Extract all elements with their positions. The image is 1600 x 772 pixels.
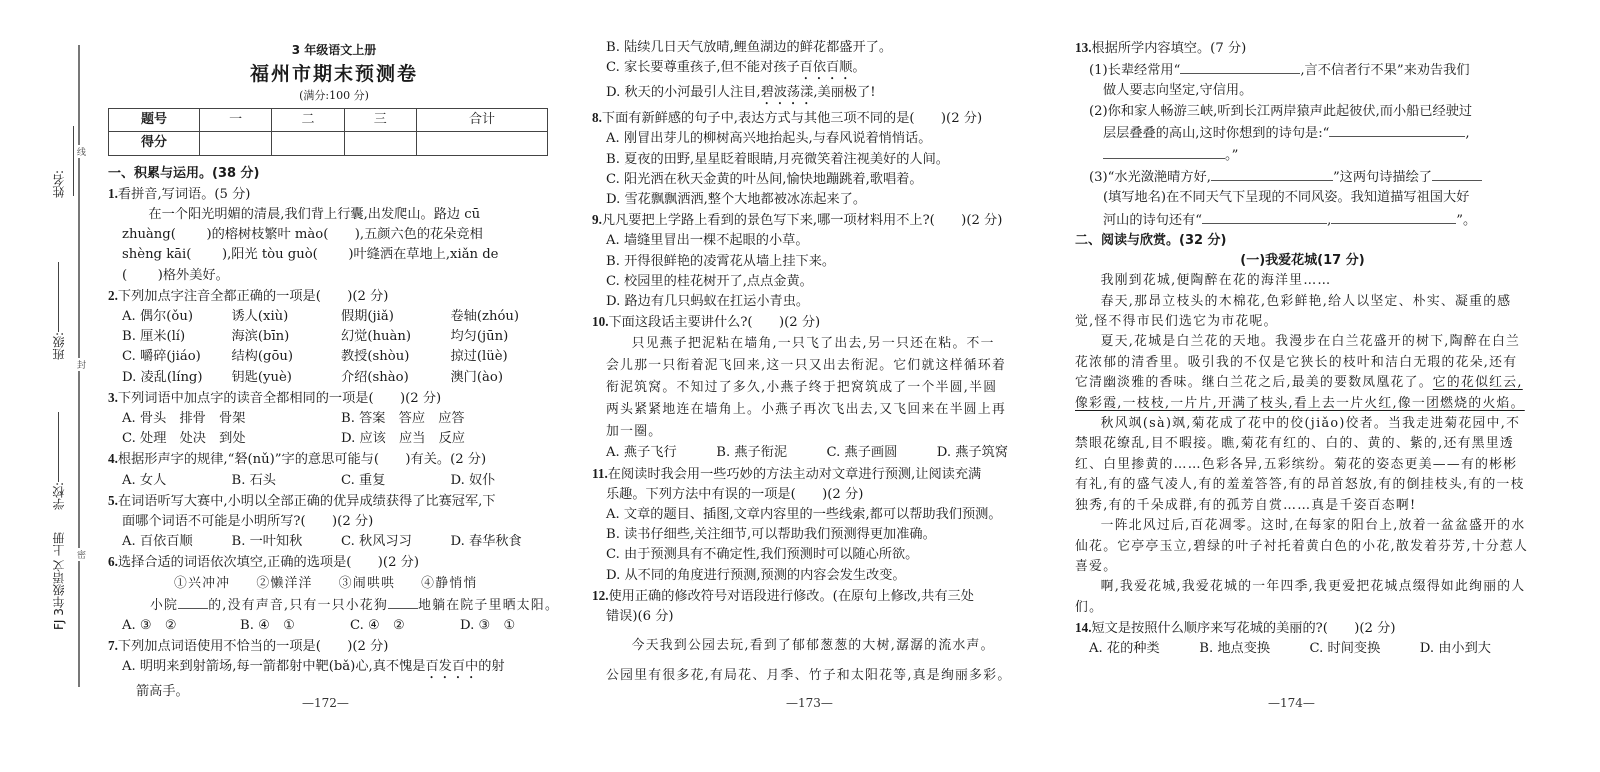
option-item[interactable]: B. 一叶知秋 <box>232 532 342 552</box>
question-stem: 看拼音,写词语。(5 分) <box>118 187 251 202</box>
option-item[interactable]: B. 开得很鲜艳的凌霄花从墙上挂下来。 <box>592 252 1047 272</box>
option-item[interactable]: C. 家长要尊重孩子,但不能对孩子百依百顺。 <box>592 58 1047 83</box>
fill-blank[interactable] <box>1331 209 1456 224</box>
score-input-cell[interactable] <box>344 132 416 155</box>
passage-paragraph: 一阵北风过后,百花凋零。这时,在每家的阳台上,放着一盆盆盛开的水仙花。它亭亭玉立… <box>1075 516 1530 577</box>
question-2: 2.下列加点字注音全都正确的一项是( )(2 分) A. 偶尔(ǒu)诱人(xi… <box>108 286 560 388</box>
option-text: 的射 <box>478 659 504 674</box>
option-item[interactable]: B. 燕子衔泥 <box>716 443 826 463</box>
fill-text: 层层叠叠的高山,这时你想到的诗句是:“ <box>1103 126 1329 141</box>
question-1: 1.看拼音,写词语。(5 分) 在一个阳光明媚的清晨,我们背上行囊,出发爬山。路… <box>108 184 560 286</box>
question-number: 11. <box>592 466 608 481</box>
option-text: ,美丽极了! <box>813 85 875 100</box>
option-item[interactable]: A. 女人 <box>122 471 232 491</box>
grade-label: 3 年级语文上册 <box>108 40 560 60</box>
question-number: 2. <box>108 288 118 303</box>
passage-line: 只见燕子把泥粘在墙角,一只飞了出去,另一只还在粘。不一 <box>592 333 1047 355</box>
option-text: 。 <box>852 60 865 75</box>
passage-line: 会儿那一只衔着泥飞回来,这一只又出去衔泥。它们就这样循环着 <box>592 355 1047 377</box>
question-3: 3.下列词语中加点字的读音全都相同的一项是( )(2 分) A. 骨头 排骨 骨… <box>108 388 560 450</box>
seal-mark-secret: 密 <box>74 548 87 561</box>
book-label: FJ 3年级语文 上册 <box>50 520 67 630</box>
passage-paragraph: 啊,我爱花城,我爱花城的一年四季,我更爱把花城点缀得如此绚丽的人们。 <box>1075 577 1530 618</box>
question-4: 4.根据形声字的规律,“砮(nǔ)”字的意思可能与( )有关。(2 分) A. … <box>108 449 560 490</box>
option-item[interactable]: B. 夏夜的田野,星星眨着眼睛,月亮微笑着注视美好的人间。 <box>592 150 1047 170</box>
question-stem: 根据所学内容填空。(7 分) <box>1091 41 1246 56</box>
question-stem-cont: 面哪个词语不可能是小明所写?( )(2 分) <box>108 512 560 532</box>
seal-mark-seal: 封 <box>74 358 87 371</box>
fill-text: 做人要志向坚定,守信用。 <box>1075 81 1530 101</box>
option-item[interactable]: A. ③ ② <box>122 616 240 636</box>
question-stem: 在词语听写大赛中,小明以全部正确的优异成绩获得了比赛冠军,下 <box>118 494 496 509</box>
option-row: B. 厘米(lí)海滨(bīn)幻觉(huàn)均匀(jūn) <box>108 327 560 347</box>
option-item[interactable]: C. 阳光洒在秋天金黄的叶丛间,愉快地蹦跳着,歌唱着。 <box>592 170 1047 190</box>
option-item[interactable]: B. 地点变换 <box>1199 639 1309 659</box>
option-item: 掠过(lüè) <box>451 347 561 367</box>
word-choices: ①兴冲冲 ②懒洋洋 ③闹哄哄 ④静悄悄 <box>108 574 560 594</box>
score-cell: 二 <box>272 109 344 132</box>
passage-paragraph: 春天,那昂立枝头的木棉花,色彩鲜艳,给人以坚定、朴实、凝重的感觉,怪不得市民们选… <box>1075 292 1530 333</box>
passage-paragraph: 我刚到花城,便陶醉在花的海洋里…… <box>1075 271 1530 291</box>
fill-sentence: 小院的,没有声音,只有一只小花狗地躺在院子里晒太阳。 <box>108 594 560 616</box>
question-stem-cont: 乐趣。下列方法中有误的一项是( )(2 分) <box>592 485 1047 505</box>
edit-passage[interactable]: 今天我到公园去玩,看到了郁郁葱葱的大树,潺潺的流水声。 公园里有很多花,有局花、… <box>592 631 1047 691</box>
question-7: 7.下列加点词语使用不恰当的一项是( )(2 分) A. 明明来到射箭场,每一箭… <box>108 636 560 702</box>
fill-text: ,言不信者行不果”来劝告我们 <box>1300 63 1469 78</box>
question-number: 4. <box>108 451 118 466</box>
score-cell: 三 <box>344 109 416 132</box>
option-item[interactable]: D. 路边有几只蚂蚁在扛运小青虫。 <box>592 292 1047 312</box>
fill-blank[interactable] <box>1329 122 1465 137</box>
fill-text: (填写地名)在不同天气下呈现的不同风姿。我知道描写祖国大好 <box>1075 188 1530 208</box>
passage-paragraph: 秋风飒(sà)飒,菊花成了花中的佼(jiǎo)佼者。当我走进菊花园中,不禁眼花缭… <box>1075 414 1530 516</box>
passage-line[interactable]: shèng kāi( ),阳光 tòu guò( )叶缝洒在草地上,xiǎn d… <box>108 245 560 265</box>
option-row: C. 处理 处决 到处D. 应该 应当 反应 <box>108 429 560 449</box>
question-7-cont: B. 陆续几日天气放晴,鲤鱼湖边的鲜花都盛开了。 C. 家长要尊重孩子,但不能对… <box>592 38 1047 108</box>
question-6: 6.选择合适的词语依次填空,正确的选项是( )(2 分) ①兴冲冲 ②懒洋洋 ③… <box>108 552 560 636</box>
score-cell: 合计 <box>416 109 547 132</box>
dotted-word: 百发百中 <box>425 659 478 674</box>
score-cell: 得分 <box>109 132 200 155</box>
question-number: 6. <box>108 554 118 569</box>
option-item[interactable]: A. 百依百顺 <box>122 532 232 552</box>
question-stem: 下列加点词语使用不恰当的一项是( )(2 分) <box>118 639 389 654</box>
seal-mark-line: 线 <box>74 145 87 158</box>
question-number: 8. <box>592 110 602 125</box>
question-12: 12.使用正确的修改符号对语段进行修改。(在原句上修改,共有三处 错误)(6 分… <box>592 586 1047 691</box>
fill-text: ”这两句诗描绘了 <box>1333 170 1432 185</box>
question-11: 11.在阅读时我会用一些巧妙的方法主动对文章进行预测,让阅读充满 乐趣。下列方法… <box>592 464 1047 586</box>
question-number: 1. <box>108 186 118 201</box>
option-row: A. 女人B. 石头C. 重复D. 奴仆 <box>108 471 560 491</box>
question-number: 3. <box>108 390 118 405</box>
passage-line: 今天我到公园去玩,看到了郁郁葱葱的大树,潺潺的流水声。 <box>592 631 1047 661</box>
exam-title: 福州市期末预测卷 <box>108 60 560 88</box>
option-item[interactable]: C. 秋风习习 <box>341 532 451 552</box>
page-number: —173— <box>786 696 833 710</box>
option-item: 卷轴(zhóu) <box>451 307 561 327</box>
option-text: D. 秋天的小河最引人注目, <box>606 85 761 100</box>
fill-text: 。” <box>1225 148 1238 163</box>
sentence-part: 的,没有声音,只有一只小花狗 <box>208 598 388 613</box>
passage-line: 公园里有很多花,有局花、月季、竹子和太阳花等,真是绚丽多彩。 <box>592 661 1047 691</box>
fill-text: 河山的诗句还有“ <box>1103 213 1202 228</box>
page-174: 13.根据所学内容填空。(7 分) (1)长辈经常用“,言不信者行不果”来劝告我… <box>1075 38 1530 660</box>
fill-text: ”。 <box>1456 213 1476 228</box>
fill-text: (1)长辈经常用“ <box>1089 63 1180 78</box>
option-row: A. 燕子飞行B. 燕子衔泥C. 燕子画圆D. 燕子筑窝 <box>592 443 1047 463</box>
option-row: A. ③ ②B. ④ ①C. ④ ②D. ③ ① <box>108 616 560 636</box>
score-table-score-row: 得分 <box>109 132 548 155</box>
option-item[interactable]: A. 墙缝里冒出一棵不起眼的小草。 <box>592 231 1047 251</box>
option-item[interactable]: A. 燕子飞行 <box>606 443 716 463</box>
option-item[interactable]: D. 雪花飘飘洒洒,整个大地都被冰冻起来了。 <box>592 190 1047 210</box>
question-number: 14. <box>1075 620 1091 635</box>
question-stem: 根据形声字的规律,“砮(nǔ)”字的意思可能与( )有关。(2 分) <box>118 452 486 467</box>
fill-blank[interactable] <box>1211 166 1333 181</box>
option-item[interactable]: D. 奴仆 <box>451 471 561 491</box>
score-input-cell[interactable] <box>272 132 344 155</box>
fill-blank[interactable] <box>178 594 208 609</box>
option-text: B. 陆续几日天气放晴,鲤鱼湖边的鲜花都盛开了。 <box>606 40 892 55</box>
full-score-label: (满分:100 分) <box>108 88 560 104</box>
question-stem-cont: 错误)(6 分) <box>592 607 1047 627</box>
score-cell: 题号 <box>109 109 200 132</box>
question-number: 7. <box>108 638 118 653</box>
fill-text: (2)你和家人畅游三峡,听到长江两岸猿声此起彼伏,而小船已经驶过 <box>1075 102 1530 122</box>
option-item[interactable]: B. 读书仔细些,关注细节,可以帮助我们预测得更加准确。 <box>592 525 1047 545</box>
option-item[interactable]: A. 刚冒出芽儿的柳树高兴地抬起头,与春风说着悄悄话。 <box>592 129 1047 149</box>
option-item[interactable]: D. 凌乱(líng) <box>122 368 232 388</box>
question-number: 12. <box>592 588 608 603</box>
option-item[interactable]: C. 时间变换 <box>1310 639 1420 659</box>
option-item: 幻觉(huàn) <box>341 327 451 347</box>
question-stem: 使用正确的修改符号对语段进行修改。(在原句上修改,共有三处 <box>608 589 973 604</box>
option-row: A. 百依百顺B. 一叶知秋C. 秋风习习D. 春华秋食 <box>108 532 560 552</box>
dotted-word: 碧波荡漾 <box>761 85 814 100</box>
fill-blank[interactable] <box>1202 209 1327 224</box>
option-row: A. 骨头 排骨 骨架B. 答案 答应 应答 <box>108 409 560 429</box>
passage-line: 加一圈。 <box>592 421 1047 443</box>
question-14: 14.短文是按照什么顺序来写花城的美丽的?( )(2 分) A. 花的种类B. … <box>1075 618 1530 659</box>
option-item[interactable]: A. 文章的题目、插图,文章内容里的一些线索,都可以帮助我们预测。 <box>592 505 1047 525</box>
option-item: 钥匙(yuè) <box>232 368 342 388</box>
score-table: 题号 一 二 三 合计 得分 <box>108 108 548 155</box>
sentence-part: 小院 <box>150 598 178 613</box>
option-item: 澳门(ào) <box>451 368 561 388</box>
class-field-label: 班级: <box>50 260 67 360</box>
passage-line[interactable]: zhuàng( )的榕树枝繁叶 mào( ),五颜六色的花朵竞相 <box>108 225 560 245</box>
passage-line: 衔泥筑窝。不知过了多久,小燕子终于把窝筑成了一个半圆,半圆 <box>592 377 1047 399</box>
option-text: C. 家长要尊重孩子,但不能对孩子 <box>606 60 800 75</box>
score-input-cell[interactable] <box>416 132 547 155</box>
passage: 只见燕子把泥粘在墙角,一只飞了出去,另一只还在粘。不一 会儿那一只衔着泥飞回来,… <box>592 333 1047 443</box>
sentence-part: 地躺在院子里晒太阳。 <box>418 598 559 613</box>
option-item[interactable]: B. 厘米(lí) <box>122 327 232 347</box>
option-item: 教授(shòu) <box>341 347 451 367</box>
question-stem: 下面有新鲜感的句子中,表达方式与其他三项不同的是( )(2 分) <box>602 111 982 126</box>
question-8: 8.下面有新鲜感的句子中,表达方式与其他三项不同的是( )(2 分) A. 刚冒… <box>592 108 1047 210</box>
option-item[interactable]: B. 答案 答应 应答 <box>341 409 560 429</box>
passage-line[interactable]: ( )格外美好。 <box>108 266 560 286</box>
question-stem: 凡凡要把上学路上看到的景色写下来,哪一项材料用不上?( )(2 分) <box>602 213 1002 228</box>
page-172: 3 年级语文上册 福州市期末预测卷 (满分:100 分) 题号 一 二 三 合计… <box>108 38 560 703</box>
passage-paragraph: 夏天,花城是白兰花的天地。我漫步在白兰花盛开的树下,陶醉在白兰花浓郁的清香里。吸… <box>1075 332 1530 414</box>
dotted-word: 百依百顺 <box>800 60 853 75</box>
option-item[interactable]: B. ④ ① <box>240 616 350 636</box>
question-stem: 下列词语中加点字的读音全都相同的一项是( )(2 分) <box>118 391 441 406</box>
option-item[interactable]: B. 陆续几日天气放晴,鲤鱼湖边的鲜花都盛开了。 <box>592 38 1047 58</box>
score-input-cell[interactable] <box>200 132 272 155</box>
reading-passage: 我刚到花城,便陶醉在花的海洋里…… 春天,那昂立枝头的木棉花,色彩鲜艳,给人以坚… <box>1075 271 1530 618</box>
passage-line: 在一个阳光明媚的清晨,我们背上行囊,出发爬山。路边 cū <box>108 205 560 225</box>
page-number: —174— <box>1268 696 1315 710</box>
option-item: 均匀(jūn) <box>451 327 561 347</box>
page-number: —172— <box>302 696 349 710</box>
option-item[interactable]: A. 骨头 排骨 骨架 <box>122 409 341 429</box>
option-item[interactable]: D. 秋天的小河最引人注目,碧波荡漾,美丽极了! <box>592 83 1047 108</box>
school-field-label: 学校: <box>50 410 67 510</box>
option-item[interactable]: A. 花的种类 <box>1089 639 1199 659</box>
fill-blank[interactable] <box>388 594 418 609</box>
fill-text: , <box>1465 126 1469 141</box>
option-item[interactable]: D. 由小到大 <box>1420 639 1530 659</box>
option-item[interactable]: D. ③ ① <box>460 616 515 636</box>
passage-line: 两头紧紧地连在墙角上。小燕子再次飞出去,又飞回来在半圆上再 <box>592 399 1047 421</box>
option-item[interactable]: D. 燕子筑窝 <box>937 443 1047 463</box>
question-stem: 在阅读时我会用一些巧妙的方法主动对文章进行预测,让阅读充满 <box>608 467 981 482</box>
option-row: C. 嚼碎(jiáo)结构(gōu)教授(shòu)掠过(lüè) <box>108 347 560 367</box>
option-item[interactable]: A. 明明来到射箭场,每一箭都射中靶(bǎ)心,真不愧是百发百中的射 <box>108 657 560 682</box>
word-choice: ③闹哄哄 <box>339 574 395 594</box>
reading-title: (一)我爱花城(17 分) <box>1075 251 1530 271</box>
section-heading: 二、阅读与欣赏。(32 分) <box>1075 231 1530 251</box>
question-9: 9.凡凡要把上学路上看到的景色写下来,哪一项材料用不上?( )(2 分) A. … <box>592 210 1047 312</box>
question-stem: 短文是按照什么顺序来写花城的美丽的?( )(2 分) <box>1091 621 1395 636</box>
fill-blank[interactable] <box>1103 144 1225 159</box>
fill-blank[interactable] <box>1432 166 1482 181</box>
option-item[interactable]: C. 嚼碎(jiáo) <box>122 347 232 367</box>
option-text: A. 明明来到射箭场,每一箭都射中靶(bǎ)心,真不愧是 <box>122 659 425 674</box>
option-row: D. 凌乱(líng)钥匙(yuè)介绍(shào)澳门(ào) <box>108 368 560 388</box>
name-field-label: 姓名: <box>50 118 81 198</box>
option-item: 结构(gōu) <box>232 347 342 367</box>
option-item[interactable]: C. ④ ② <box>350 616 460 636</box>
question-13: 13.根据所学内容填空。(7 分) (1)长辈经常用“,言不信者行不果”来劝告我… <box>1075 38 1530 231</box>
option-item[interactable]: B. 石头 <box>232 471 342 491</box>
option-item: 海滨(bīn) <box>232 327 342 347</box>
question-number: 9. <box>592 212 602 227</box>
option-item[interactable]: C. 由于预测具有不确定性,我们预测时可以随心所欲。 <box>592 545 1047 565</box>
word-choice: ②懒洋洋 <box>256 574 312 594</box>
word-choice: ①兴冲冲 <box>174 574 230 594</box>
question-number: 5. <box>108 493 118 508</box>
option-item: 假期(jiǎ) <box>341 307 451 327</box>
score-table-header-row: 题号 一 二 三 合计 <box>109 109 548 132</box>
question-stem: 下面这段话主要讲什么?( )(2 分) <box>608 315 820 330</box>
option-row: A. 花的种类B. 地点变换C. 时间变换D. 由小到大 <box>1075 639 1530 659</box>
question-stem: 下列加点字注音全都正确的一项是( )(2 分) <box>118 289 389 304</box>
option-item[interactable]: D. 春华秋食 <box>451 532 561 552</box>
question-10: 10.下面这段话主要讲什么?( )(2 分) 只见燕子把泥粘在墙角,一只飞了出去… <box>592 312 1047 463</box>
score-cell: 一 <box>200 109 272 132</box>
option-item[interactable]: A. 偶尔(ǒu) <box>122 307 232 327</box>
option-item[interactable]: D. 应该 应当 反应 <box>341 429 560 449</box>
option-item[interactable]: C. 重复 <box>341 471 451 491</box>
section-heading: 一、积累与运用。(38 分) <box>108 164 560 184</box>
word-choice: ④静悄悄 <box>421 574 477 594</box>
question-5: 5.在词语听写大赛中,小明以全部正确的优异成绩获得了比赛冠军,下 面哪个词语不可… <box>108 491 560 553</box>
option-item[interactable]: C. 处理 处决 到处 <box>122 429 341 449</box>
page-173: B. 陆续几日天气放晴,鲤鱼湖边的鲜花都盛开了。 C. 家长要尊重孩子,但不能对… <box>592 38 1047 691</box>
option-item: 介绍(shào) <box>341 368 451 388</box>
question-number: 10. <box>592 314 608 329</box>
option-item[interactable]: D. 从不同的角度进行预测,预测的内容会发生改变。 <box>592 566 1047 586</box>
option-item[interactable]: C. 校园里的桂花树开了,点点金黄。 <box>592 272 1047 292</box>
question-number: 13. <box>1075 40 1091 55</box>
fill-blank[interactable] <box>1180 59 1300 74</box>
option-item: 诱人(xiù) <box>232 307 342 327</box>
option-row: A. 偶尔(ǒu)诱人(xiù)假期(jiǎ)卷轴(zhóu) <box>108 307 560 327</box>
option-item[interactable]: C. 燕子画圆 <box>827 443 937 463</box>
fill-text: (3)“水光潋滟晴方好, <box>1089 170 1211 185</box>
question-stem: 选择合适的词语依次填空,正确的选项是( )(2 分) <box>118 555 419 570</box>
